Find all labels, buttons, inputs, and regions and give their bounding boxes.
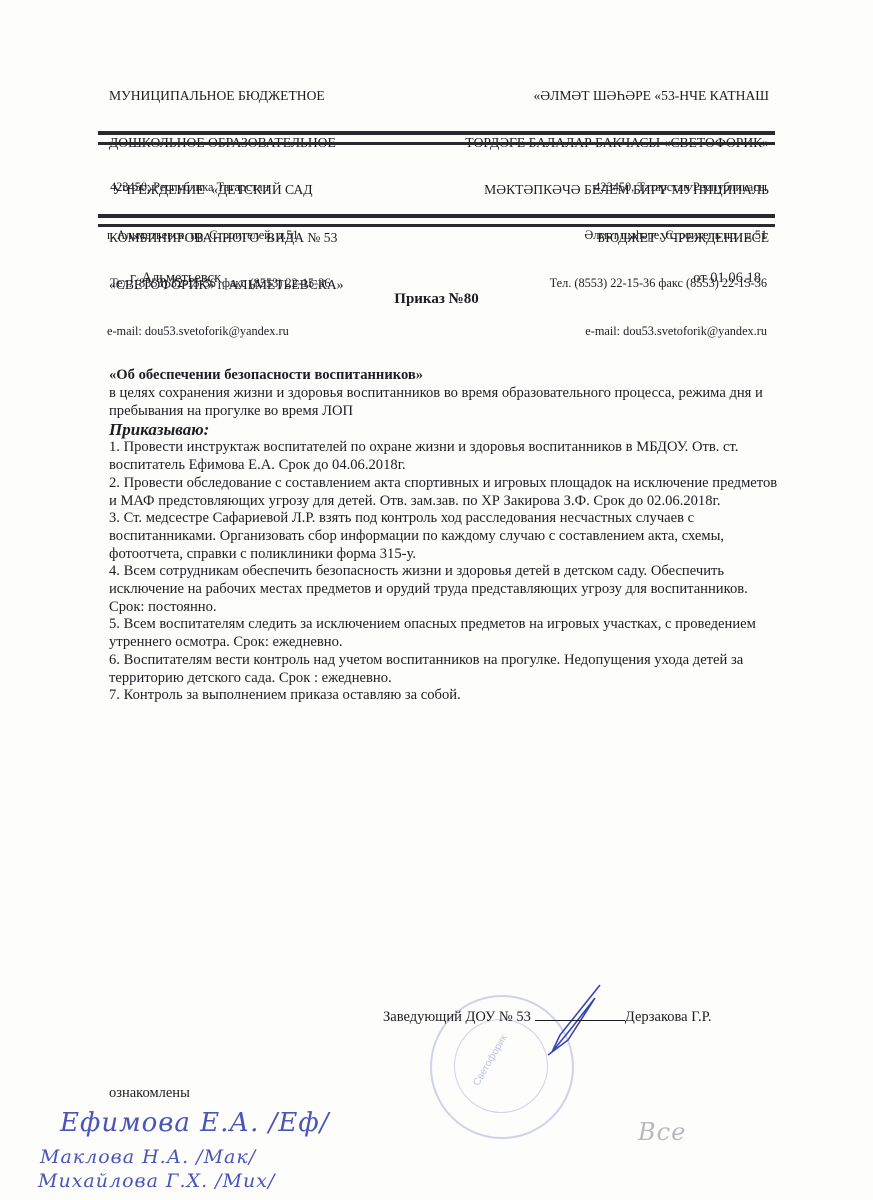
order-item: 1. Провести инструктаж воспитателей по о… [109, 439, 779, 474]
email-line: e-mail: dou53.svetoforik@yandex.ru [107, 323, 331, 339]
signatory-position: Заведующий ДОУ № 53 [383, 1009, 531, 1025]
order-item: 5. Всем воспитателям следить за исключен… [109, 616, 779, 651]
order-title: Приказ №80 [0, 291, 873, 308]
address-tatar: 423450, Татарстан Республикасы Әлмәт шәһ… [550, 147, 767, 355]
address-line: 423450, Республика Татарстан [107, 179, 331, 195]
order-item: 4. Всем сотрудникам обеспечить безопасно… [109, 563, 779, 616]
handwritten-signature: Ефимова Е.А. /Еф/ [60, 1108, 330, 1138]
header-divider-thin [98, 142, 775, 145]
org-name-line: МУНИЦИПАЛЬНОЕ БЮДЖЕТНОЕ [109, 88, 343, 104]
city: г. Альметьевск [130, 270, 221, 287]
order-date: от 01.06.18 [693, 270, 761, 287]
order-item: 6. Воспитателям вести контроль над учето… [109, 652, 779, 687]
email-line: e-mail: dou53.svetoforik@yandex.ru [550, 323, 767, 339]
preamble: в целях сохранения жизни и здоровья восп… [109, 385, 779, 420]
order-verb: Приказываю: [109, 420, 779, 439]
address-line: Әлмәт шәһәре, Строитель пр., д.51 [550, 227, 767, 243]
signature-block: Заведующий ДОУ № 53Дерзакова Г.Р. [383, 1008, 712, 1026]
order-item: 2. Провести обследование с составлением … [109, 475, 779, 510]
acknowledged-label: ознакомлены [109, 1085, 190, 1102]
order-item: 3. Ст. медсестре Сафариевой Л.Р. взять п… [109, 510, 779, 563]
handwritten-signature: Маклова Н.А. /Мак/ [40, 1146, 256, 1168]
order-body: в целях сохранения жизни и здоровья восп… [109, 385, 779, 705]
order-item: 7. Контроль за выполнением приказа остав… [109, 687, 779, 705]
order-subject: «Об обеспечении безопасности воспитанник… [109, 367, 423, 384]
org-name-line: «ӘЛМӘТ ШӘҺӘРЕ «53-НЧЕ КАТНАШ [465, 88, 769, 104]
address-russian: 423450, Республика Татарстан г. Альметье… [107, 147, 331, 355]
signatory-name: Дерзакова Г.Р. [625, 1009, 712, 1025]
signature-line [535, 1008, 625, 1021]
address-divider-thin [98, 224, 775, 227]
address-line: г. Альметьевск, пр. Строителей, д.51 [107, 227, 331, 243]
handwritten-signature: Михайлова Г.Х. /Мих/ [38, 1170, 275, 1192]
address-divider-thick [98, 214, 775, 218]
handwritten-note: Все [638, 1118, 686, 1146]
address-line: 423450, Татарстан Республикасы [550, 179, 767, 195]
header-divider-thick [98, 131, 775, 135]
